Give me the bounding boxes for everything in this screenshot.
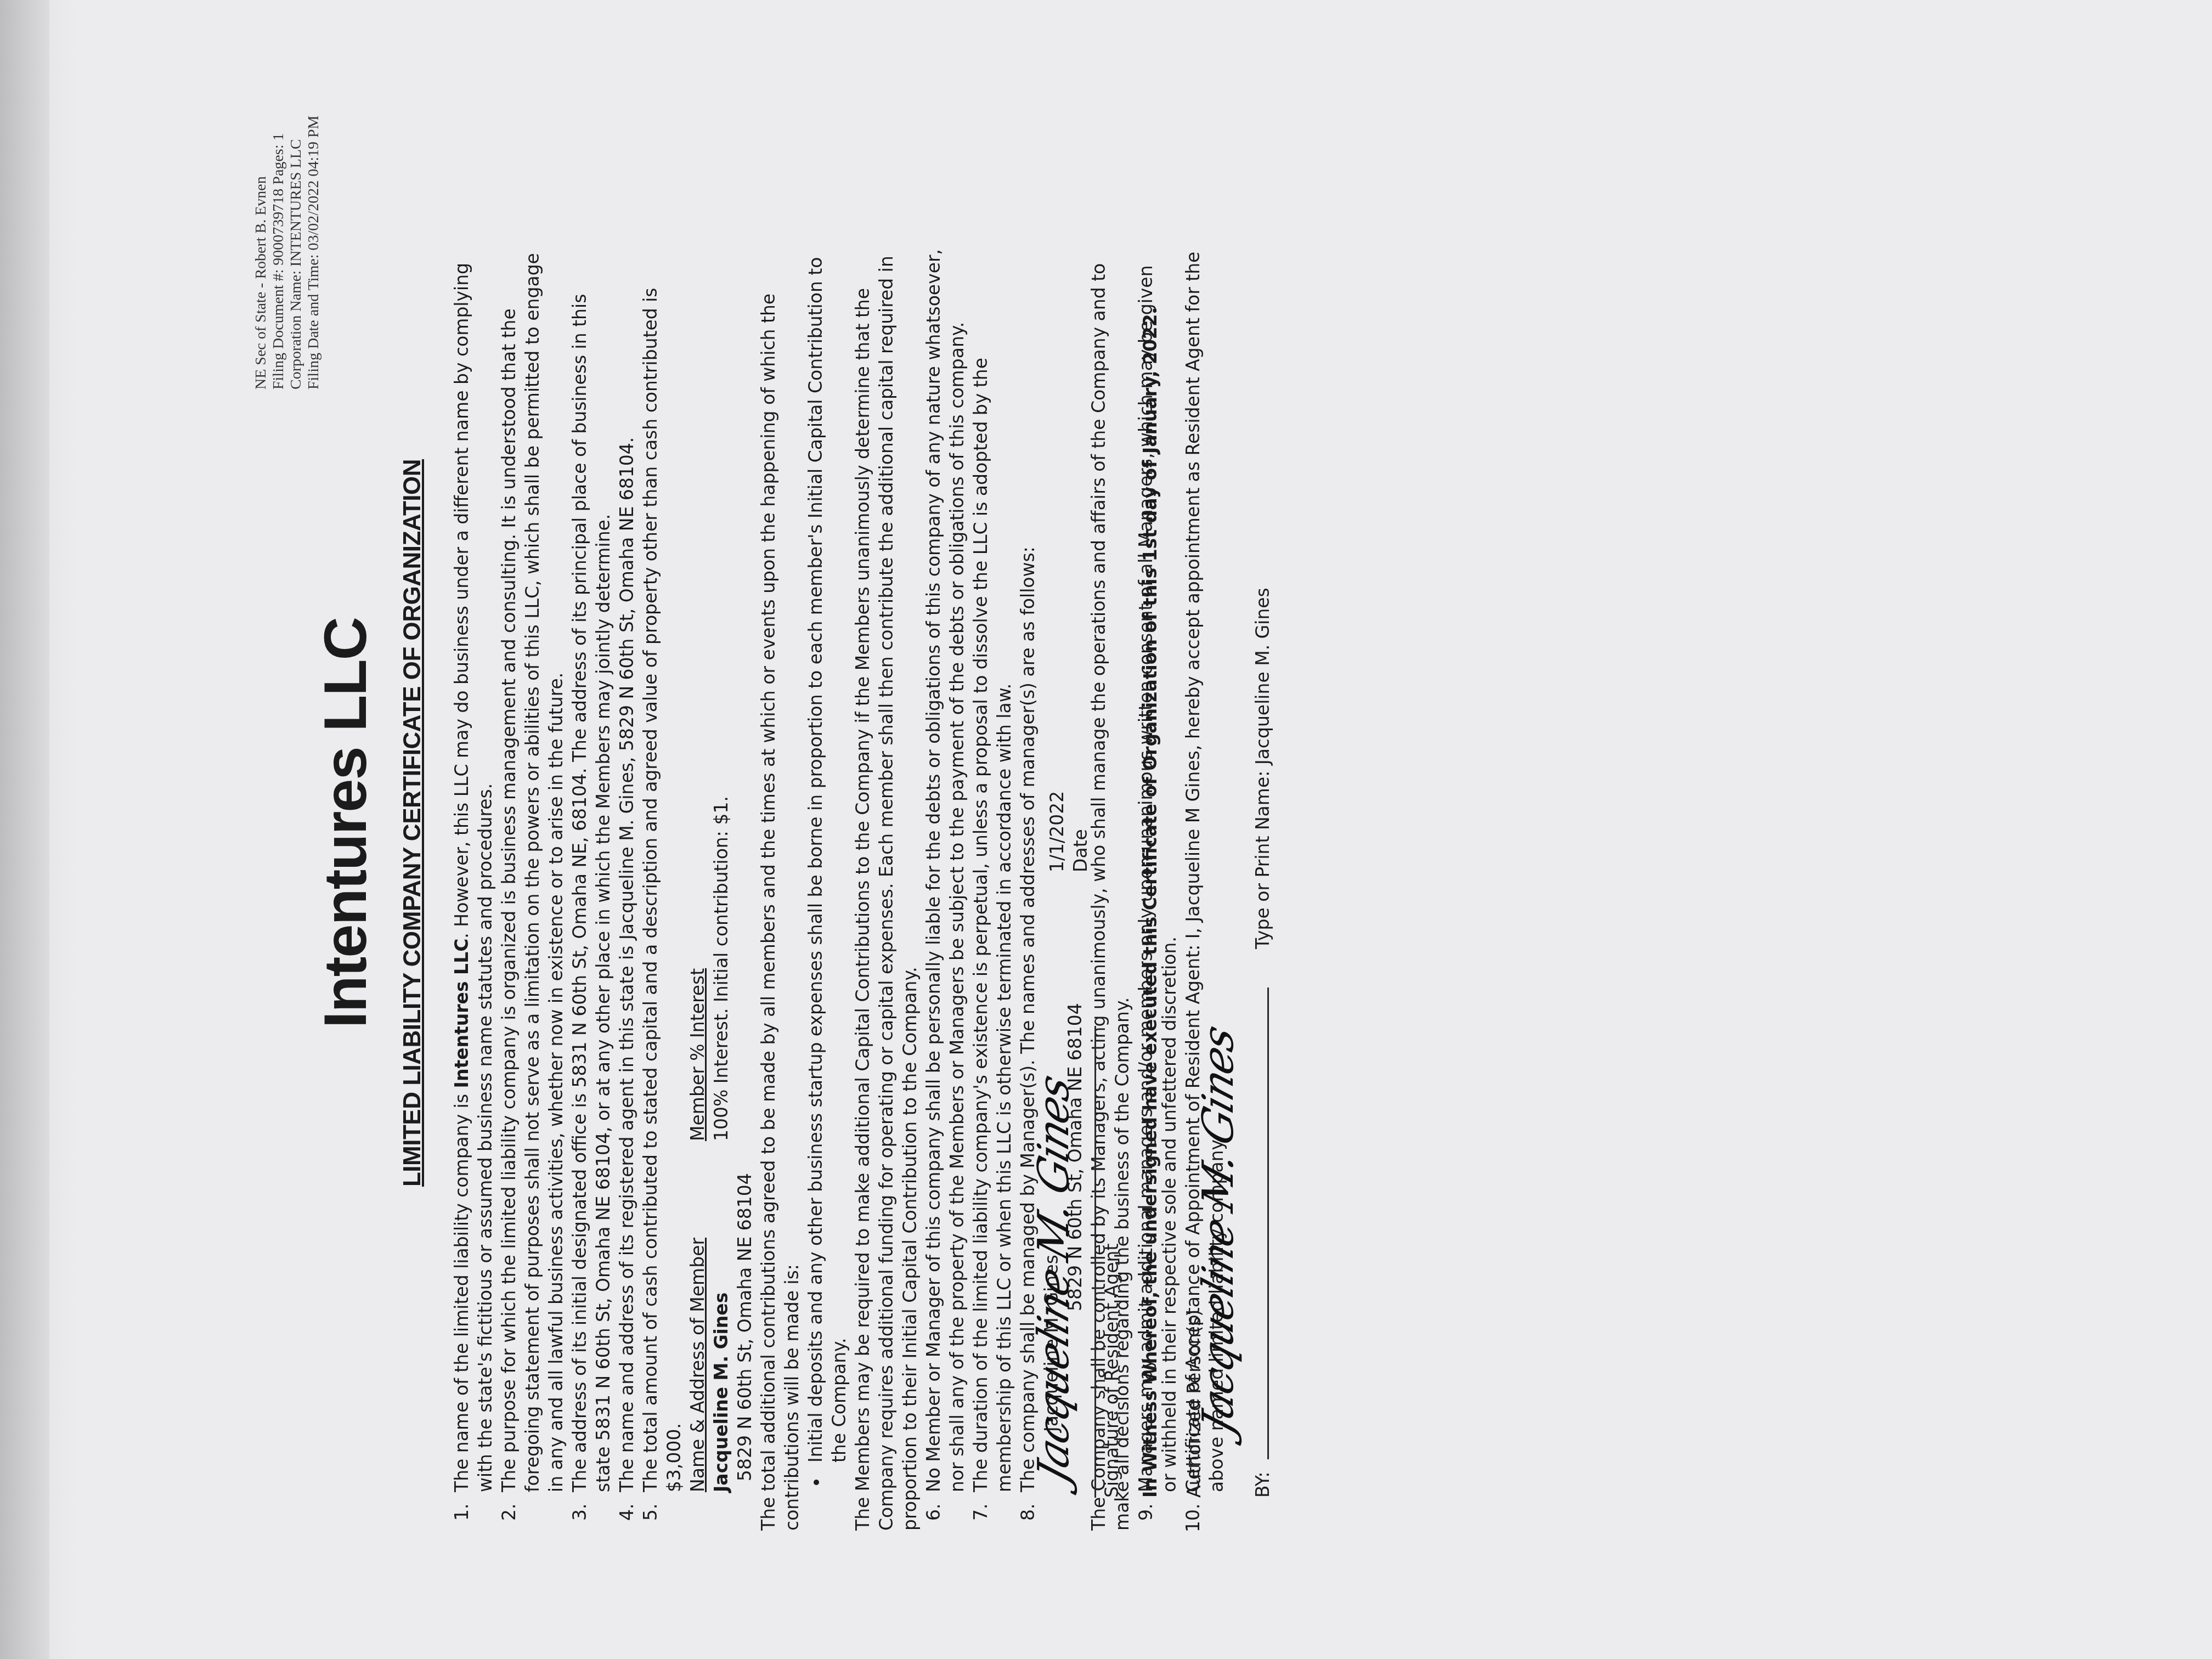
- article-2: The purpose for which the limited liabil…: [497, 247, 568, 1498]
- certificate-heading: LIMITED LIABILITY COMPANY CERTIFICATE OF…: [400, 82, 424, 1564]
- bullet-item: Initial deposits and any other business …: [804, 247, 851, 1470]
- company-name: Intentures LLC: [451, 939, 472, 1088]
- article-4: The name and address of its registered a…: [615, 247, 639, 1498]
- date-value: 1/1/2022: [1045, 791, 1069, 872]
- member-address: 5829 N 60th St, Omaha NE 68104: [733, 1141, 757, 1492]
- article-3: The address of its initial designated of…: [568, 247, 615, 1498]
- member-table-header-interest: Member % Interest: [686, 647, 709, 1141]
- member-name: Jacqueline M. Gines: [709, 1141, 733, 1492]
- filing-stamp-line: NE Sec of State - Robert B. Evnen: [252, 116, 270, 390]
- member-table-header-name: Name & Address of Member: [686, 1141, 709, 1492]
- member-interest: 100% Interest. Initial contribution: $1.: [709, 647, 733, 1141]
- member-table: Name & Address of Member Member % Intere…: [686, 247, 757, 1492]
- company-title: Intentures LLC: [313, 82, 379, 1564]
- filing-stamp-line: Corporation Name: INTENTURES LLC: [287, 116, 305, 390]
- resident-agent-signature: Jacqueline M. Gines: [1042, 1074, 1066, 1485]
- contributions-paragraph: The total additional contributions agree…: [757, 247, 804, 1531]
- articles-list-1: The name of the limited liability compan…: [450, 247, 686, 1531]
- filing-stamp-line: Filing Document #: 9000739718 Pages: 1: [270, 116, 287, 390]
- filing-stamp: NE Sec of State - Robert B. Evnen Filing…: [252, 116, 323, 390]
- print-name: Type or Print Name: Jacqueline M. Gines: [1251, 588, 1274, 949]
- resident-agent-label: Signature of Resident Agent: [1100, 1244, 1124, 1498]
- certificate-page: NE Sec of State - Robert B. Evnen Filing…: [165, 82, 1372, 1564]
- article-1: The name of the limited liability compan…: [450, 247, 497, 1498]
- signature-block: Jacqueline M. Gines Signature of Residen…: [1042, 214, 1350, 1531]
- signature-line: [1094, 1026, 1096, 1498]
- article-6: No Member or Manager of this company sha…: [922, 247, 969, 1498]
- article-text: The name of the limited liability compan…: [451, 1088, 472, 1492]
- signature-line: [1267, 988, 1269, 1459]
- article-5: The total amount of cash contributed to …: [639, 247, 686, 1498]
- date-label: Date: [1069, 829, 1092, 872]
- paper-edge-shadow: [0, 0, 49, 1659]
- authorized-person-signature: Jacqueline M. Gines: [1207, 1025, 1231, 1436]
- contributions-bullets: Initial deposits and any other business …: [804, 247, 851, 1531]
- article-7: The duration of the limited liability co…: [969, 247, 1016, 1498]
- members-paragraph: The Members may be required to make addi…: [851, 247, 922, 1531]
- witness-statement: In Witness Whereof, the undersigned have…: [1138, 307, 1162, 1498]
- by-label: BY:: [1251, 1471, 1274, 1498]
